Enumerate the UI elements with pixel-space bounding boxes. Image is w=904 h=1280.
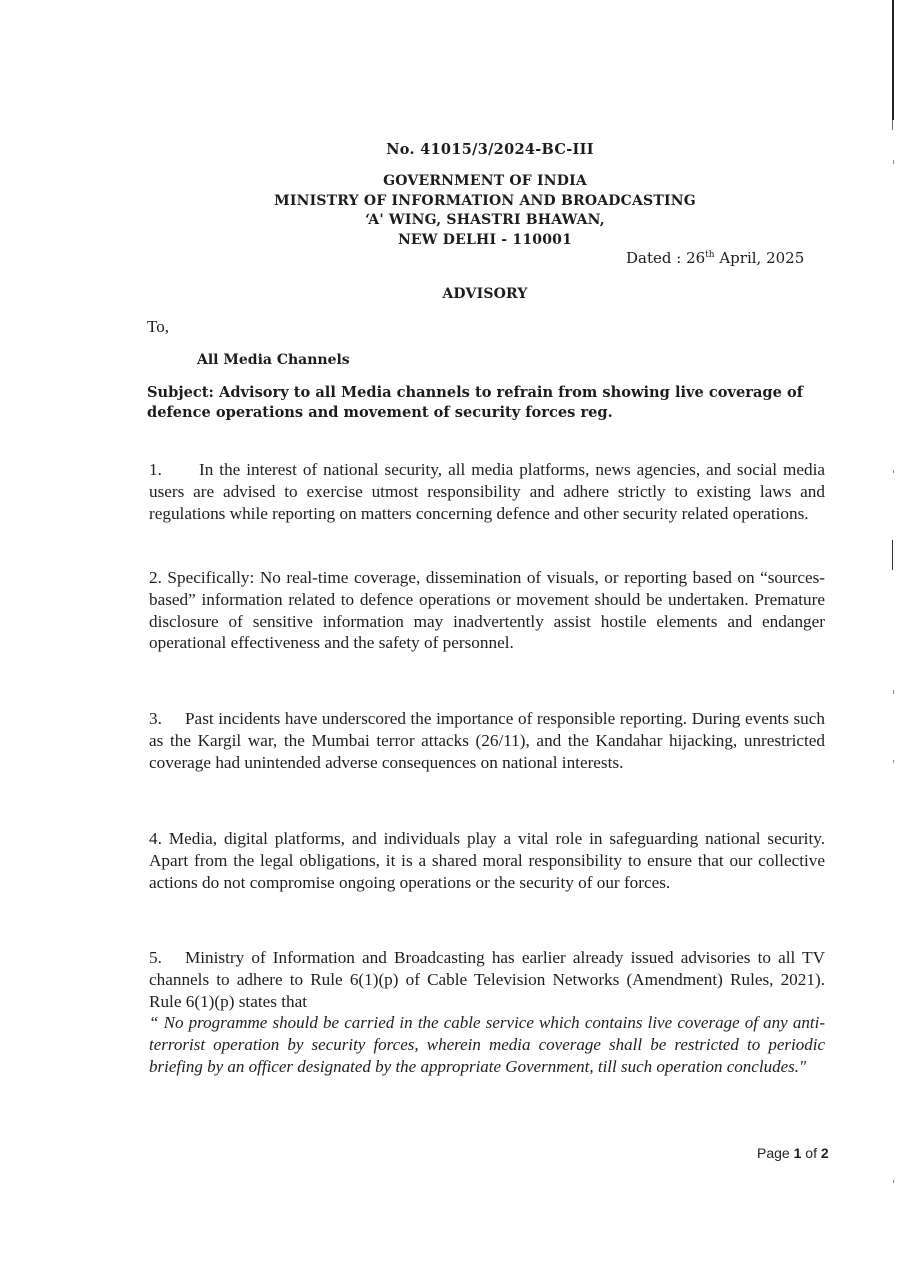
paragraph-number: 4. [149, 828, 162, 850]
rule-quotation: “ No programme should be carried in the … [149, 1012, 825, 1077]
scan-edge-line [892, 120, 893, 130]
paragraph-5: 5.Ministry of Information and Broadcasti… [149, 947, 825, 1012]
date-prefix: Dated : 26 [626, 249, 705, 267]
paragraph-1: 1.In the interest of national security, … [149, 459, 825, 524]
document-date: Dated : 26th April, 2025 [626, 249, 804, 267]
paragraph-text: Specifically: No real-time coverage, dis… [149, 568, 825, 652]
paragraph-number: 1. [149, 459, 199, 481]
paragraph-4: 4. Media, digital platforms, and individ… [149, 828, 825, 893]
scan-edge-line [892, 0, 894, 120]
salutation: To, [147, 317, 169, 337]
paragraph-number: 3. [149, 708, 185, 730]
paragraph-text: Past incidents have underscored the impo… [149, 709, 825, 772]
paragraph-number: 5. [149, 947, 185, 969]
paragraph-text: In the interest of national security, al… [149, 460, 825, 523]
scan-speck [893, 160, 894, 164]
document-title: ADVISORY [0, 286, 904, 302]
recipient: All Media Channels [197, 352, 350, 368]
org-line-city: NEW DELHI - 110001 [0, 231, 904, 251]
scan-speck [893, 1180, 894, 1183]
scan-speck [893, 760, 894, 763]
scan-speck [893, 690, 894, 694]
org-line-ministry: MINISTRY OF INFORMATION AND BROADCASTING [0, 192, 904, 212]
date-suffix: April, 2025 [715, 249, 805, 267]
page-label: Page [757, 1145, 794, 1161]
paragraph-2: 2. Specifically: No real-time coverage, … [149, 567, 825, 654]
page-total: 2 [821, 1145, 829, 1161]
paragraph-text: Ministry of Information and Broadcasting… [149, 948, 825, 1011]
scan-speck [893, 470, 894, 473]
date-ordinal: th [705, 250, 714, 260]
org-line-government: GOVERNMENT OF INDIA [0, 172, 904, 192]
paragraph-3: 3.Past incidents have underscored the im… [149, 708, 825, 773]
paragraph-number: 2. [149, 567, 162, 589]
page-of-label: of [801, 1145, 820, 1161]
paragraph-text: Media, digital platforms, and individual… [149, 829, 825, 892]
reference-number: No. 41015/3/2024-BC-III [0, 141, 904, 158]
scan-edge-line [892, 540, 893, 570]
org-line-building: ‘A' WING, SHASTRI BHAWAN, [0, 211, 904, 231]
page-number: Page 1 of 2 [757, 1145, 829, 1161]
subject-line: Subject: Advisory to all Media channels … [147, 383, 827, 423]
